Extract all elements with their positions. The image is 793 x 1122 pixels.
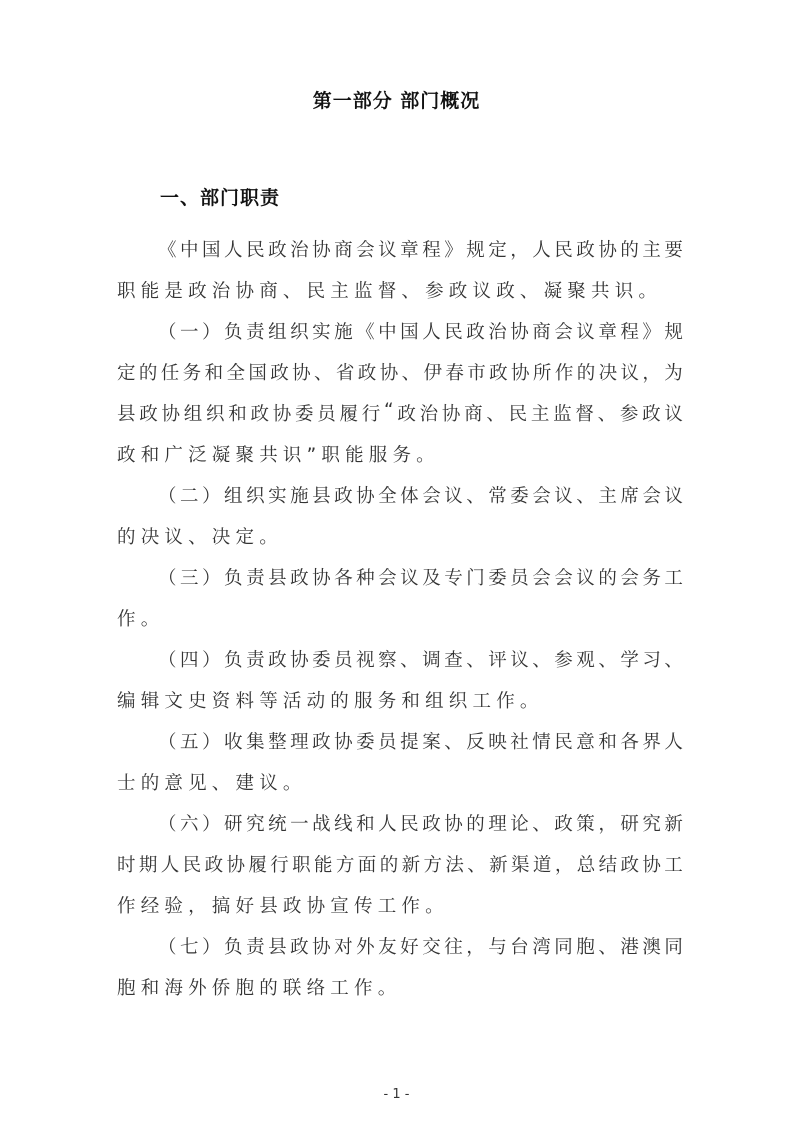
text-line: （六）研究统一战线和人民政协的理论、政策，研究新 <box>158 810 683 836</box>
text-line: 的决议、决定。 <box>117 523 683 549</box>
text-line: 士的意见、建议。 <box>117 769 683 795</box>
text-line: （七）负责县政协对外友好交往，与台湾同胞、港澳同 <box>158 933 683 959</box>
text-line: （三）负责县政协各种会议及专门委员会会议的会务工 <box>158 564 683 590</box>
text-line: （四）负责政协委员视察、调查、评议、参观、学习、 <box>158 646 683 672</box>
text-line: 县政协组织和政协委员履行“政治协商、民主监督、参政议 <box>117 400 683 426</box>
text-line: （一）负责组织实施《中国人民政治协商会议章程》规 <box>158 318 683 344</box>
text-line: 时期人民政协履行职能方面的新方法、新渠道，总结政协工 <box>117 851 683 877</box>
text-line: 作经验，搞好县政协宣传工作。 <box>117 892 683 918</box>
page-title: 第一部分 部门概况 <box>0 86 793 113</box>
text-line: 定的任务和全国政协、省政协、伊春市政协所作的决议，为 <box>117 359 683 385</box>
text-line: 编辑文史资料等活动的服务和组织工作。 <box>117 687 683 713</box>
text-line: （二）组织实施县政协全体会议、常委会议、主席会议 <box>158 482 683 508</box>
text-line: 《中国人民政治协商会议章程》规定，人民政协的主要 <box>158 236 683 262</box>
section-heading: 一、部门职责 <box>160 183 280 210</box>
text-line: 作。 <box>117 605 683 631</box>
text-line: 胞和海外侨胞的联络工作。 <box>117 974 683 1000</box>
text-line: 职能是政治协商、民主监督、参政议政、凝聚共识。 <box>117 277 683 303</box>
text-line: （五）收集整理政协委员提案、反映社情民意和各界人 <box>158 728 683 754</box>
page-number: - 1 - <box>0 1087 793 1102</box>
text-line: 政和广泛凝聚共识”职能服务。 <box>117 441 683 467</box>
